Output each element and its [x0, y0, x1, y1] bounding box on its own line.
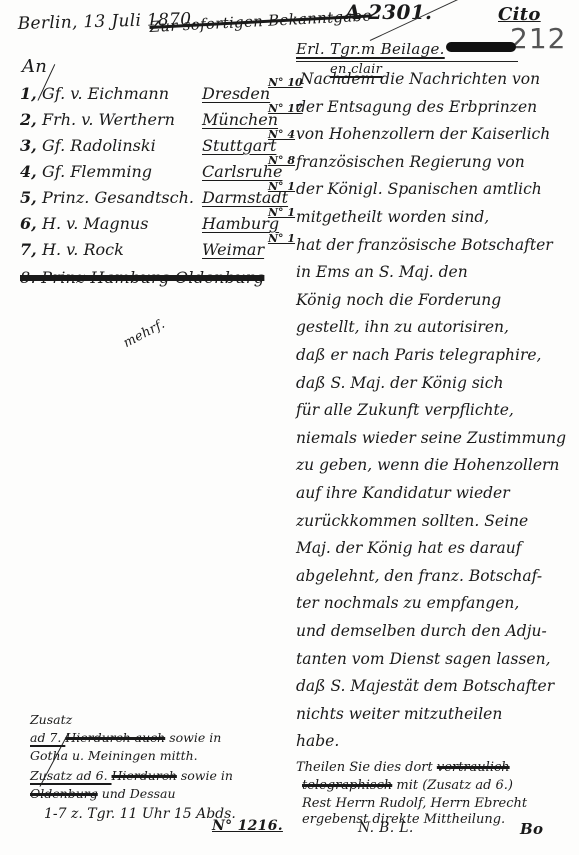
body-line: der Entsagung des Erbprinzen	[296, 98, 537, 116]
body-line: mitgetheilt worden sind,	[296, 208, 489, 226]
struck-text: Oldenburg	[30, 786, 98, 801]
body-line: daß er nach Paris telegraphire,	[296, 346, 541, 364]
body-line: Nachdem die Nachrichten von	[300, 70, 540, 88]
ink-blot-redaction	[446, 42, 516, 52]
recipient-city: Dresden	[202, 84, 270, 103]
body-line: abgelehnt, den franz. Botschaf-	[296, 567, 542, 585]
struck-text: Hierdurch auch	[65, 730, 165, 745]
footer-note-text: 1-7 z. Tgr. 11 Uhr 15 Abds.	[44, 806, 236, 822]
struck-text: Hierdurch	[112, 768, 177, 783]
enclosure-note: Erl. Tgr.m Beilage.	[296, 40, 445, 58]
footer-note-text: Zusatz	[30, 712, 72, 727]
footer-note-text: ad 7.	[30, 730, 65, 745]
reference-number: N° 1216.	[212, 818, 283, 834]
struck-text: telegraphisch	[302, 778, 392, 793]
recipient-row: 7,H. v. RockWeimarN° 1	[20, 240, 264, 259]
body-line: Maj. der König hat es darauf	[296, 539, 521, 557]
recipient-dispatch-number: N° 8	[268, 154, 295, 167]
footer-note-text: und Dessau	[98, 786, 176, 801]
recipient-dispatch-number: N° 4	[268, 128, 295, 141]
closing-line: Rest Herrn Rudolf, Herrn Ebrecht	[302, 796, 527, 811]
body-line: für alle Zukunft verpflichte,	[296, 401, 514, 419]
recipient-name: Frh. v. Werthern	[42, 110, 202, 129]
recipient-number: 1,	[20, 84, 42, 103]
body-line: in Ems an S. Maj. den	[296, 263, 468, 281]
body-line: daß S. Maj. der König sich	[296, 374, 503, 392]
body-line: französischen Regierung von	[296, 153, 525, 171]
file-number: A 2301.	[345, 0, 432, 24]
recipient-row: 1,Gf. v. EichmannDresdenN° 10	[20, 84, 270, 103]
body-line: zu geben, wenn die Hohenzollern	[296, 456, 559, 474]
body-line: daß S. Majestät dem Botschafter	[296, 677, 554, 695]
recipient-name: Gf. Flemming	[42, 162, 202, 181]
body-line: ter nochmals zu empfangen,	[296, 594, 519, 612]
struck-recipient: 8. Prinz Hamburg Oldenburg	[20, 268, 264, 287]
body-line: auf ihre Kandidatur wieder	[296, 484, 510, 502]
closing-text-part: mit (Zusatz ad 6.)	[392, 778, 513, 793]
struck-text: vertraulich	[437, 760, 510, 775]
body-line: gestellt, ihn zu autorisiren,	[296, 318, 509, 336]
footer-note-line: 1-7 z. Tgr. 11 Uhr 15 Abds.	[44, 806, 236, 822]
closing-mark: Bo	[520, 820, 543, 838]
recipient-name: Prinz. Gesandtsch.	[42, 188, 202, 207]
margin-note: mehrf.	[121, 317, 168, 351]
body-line: zurückkommen sollten. Seine	[296, 512, 528, 530]
recipient-city: Stuttgart	[202, 136, 276, 155]
recipient-name: Gf. v. Eichmann	[42, 84, 202, 103]
body-line: von Hohenzollern der Kaiserlich	[296, 125, 550, 143]
recipient-row: 5,Prinz. Gesandtsch.DarmstadtN° 1	[20, 188, 288, 207]
footer-note-text: sowie in	[165, 730, 221, 745]
recipient-name: H. v. Magnus	[42, 214, 202, 233]
recipient-row: 3,Gf. RadolinskiStuttgartN° 4	[20, 136, 276, 155]
recipient-city: München	[202, 110, 278, 129]
document-page: Berlin, 13 Juli 1870. Zur sofortigen Bek…	[0, 0, 579, 855]
body-line: nichts weiter mitzutheilen	[296, 705, 502, 723]
body-line: tanten vom Dienst sagen lassen,	[296, 650, 551, 668]
footer-note-line: Oldenburg und Dessau	[30, 786, 176, 801]
footer-note-line: Zusatz	[30, 712, 72, 727]
body-line: habe.	[296, 732, 339, 750]
recipient-number: 6,	[20, 214, 42, 233]
recipient-number: 4,	[20, 162, 42, 181]
recipient-city: Weimar	[202, 240, 264, 259]
footer-note-line: ad 7. Hierdurch auch sowie in	[30, 730, 221, 745]
recipient-name: Gf. Radolinski	[42, 136, 202, 155]
recipient-number: 5,	[20, 188, 42, 207]
recipient-dispatch-number: N° 1	[268, 180, 295, 193]
recipient-number: 3,	[20, 136, 42, 155]
footer-note-line: Zusatz ad 6. Hierdurch sowie in	[30, 768, 233, 783]
closing-text-part: Rest Herrn Rudolf, Herrn Ebrecht	[302, 796, 527, 811]
body-line: hat der französische Botschafter	[296, 236, 553, 254]
body-line: König noch die Forderung	[296, 291, 501, 309]
closing-line: Theilen Sie dies dort vertraulich	[296, 760, 510, 775]
recipient-number: 7,	[20, 240, 42, 259]
closing-line: telegraphisch mit (Zusatz ad 6.)	[302, 778, 513, 793]
recipient-dispatch-number: N° 1	[268, 206, 295, 219]
recipient-row: 6,H. v. MagnusHamburgN° 1	[20, 214, 279, 233]
body-line: niemals wieder seine Zustimmung	[296, 429, 566, 447]
body-line: und demselben durch den Adju-	[296, 622, 547, 640]
addressee-intro: An	[22, 56, 47, 77]
body-line: der Königl. Spanischen amtlich	[296, 180, 542, 198]
closing-text-part: Theilen Sie dies dort	[296, 760, 437, 775]
closing-initials: N. B. L.	[358, 820, 414, 836]
recipient-dispatch-number: N° 10	[268, 76, 303, 89]
recipient-row: 4,Gf. FlemmingCarlsruheN° 8	[20, 162, 282, 181]
folio-number: 212	[510, 22, 566, 55]
recipient-row: 2,Frh. v. WerthernMünchenN° 17	[20, 110, 278, 129]
footer-note-text: sowie in	[177, 768, 233, 783]
recipient-number: 2,	[20, 110, 42, 129]
recipient-name: H. v. Rock	[42, 240, 202, 259]
recipient-dispatch-number: N° 1	[268, 232, 295, 245]
